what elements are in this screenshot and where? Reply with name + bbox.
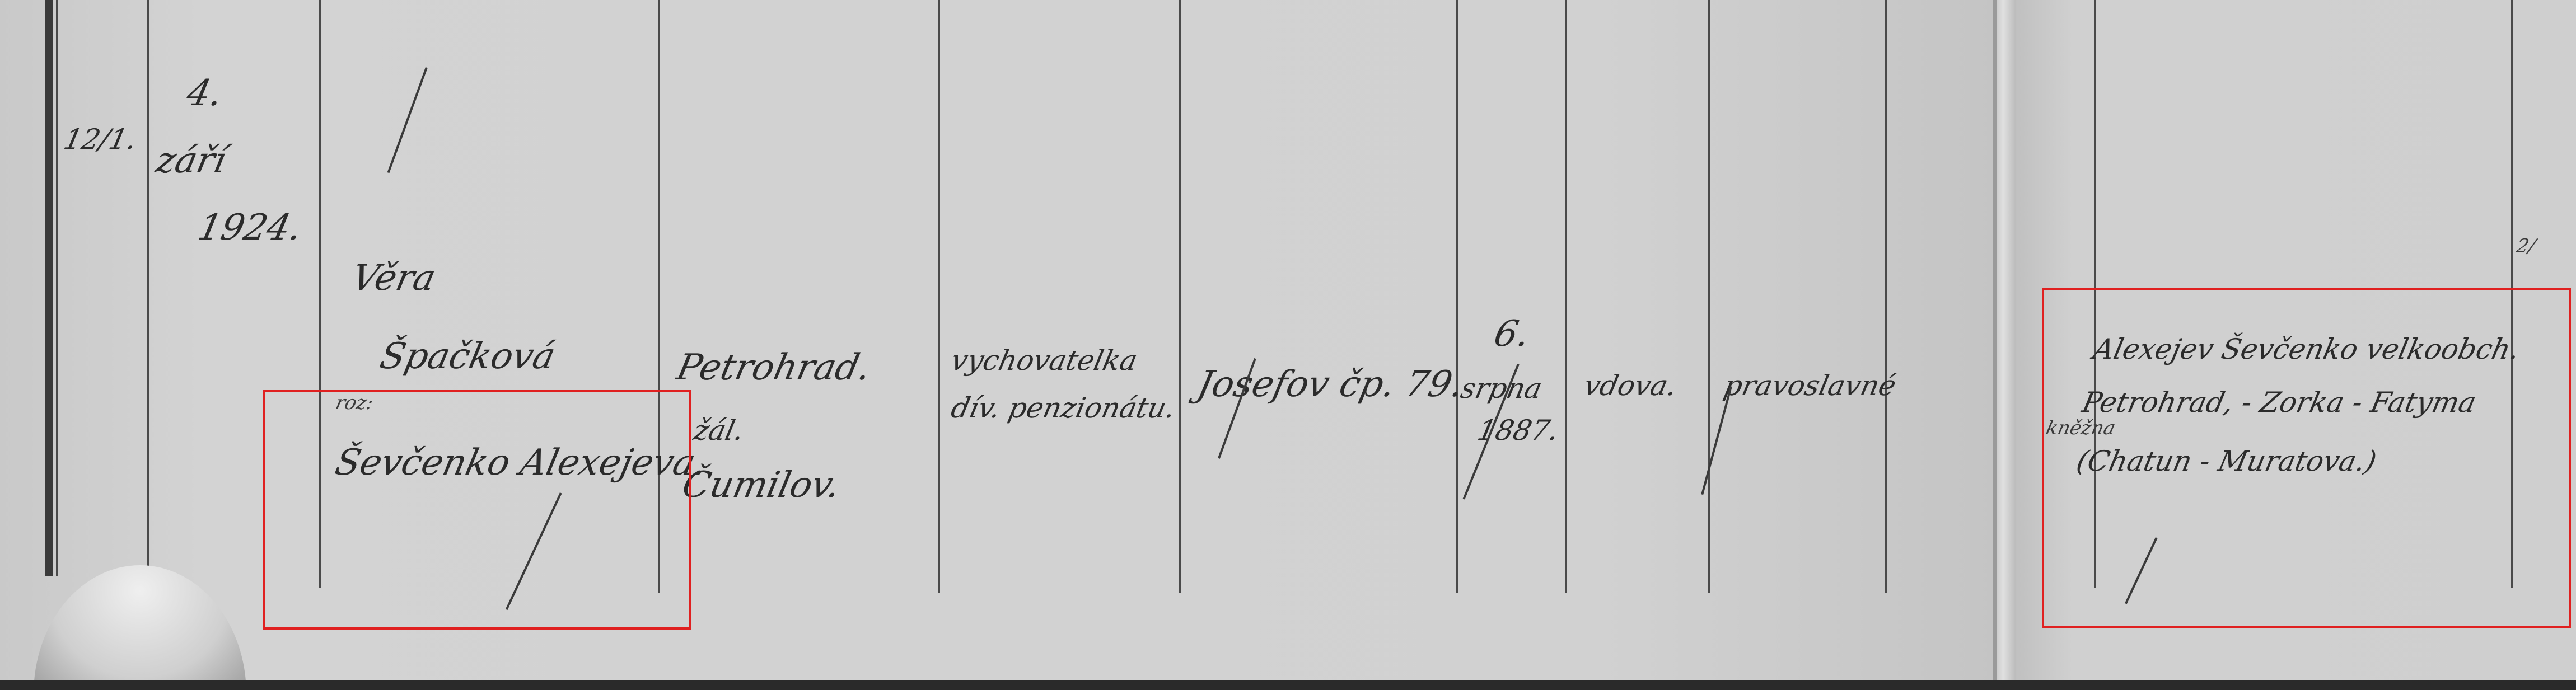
column-rule [56,0,58,576]
occupation-line2: dív. penzionátu. [948,392,1179,424]
birthplace-line2: žál. [691,414,747,447]
book-bottom-edge [0,680,2576,690]
birthplace-line1: Petrohrad. [673,347,875,388]
column-rule [938,0,940,593]
column-rule [147,0,149,582]
column-rule [45,0,53,576]
occupation-line1: vychovatelka [948,344,1140,377]
book-gutter [1993,0,2016,680]
column-rule [1456,0,1458,593]
birth-month: srpna [1458,372,1545,405]
date-month: září [152,140,230,181]
entry-number: 12/1. [61,123,140,156]
page-edge-rule [1993,0,1997,680]
column-rule [1179,0,1181,593]
highlight-box-parents-note [2042,288,2571,628]
column-rule [1565,0,1567,593]
marital-status: vdova. [1581,369,1680,402]
given-name: Věra [348,257,440,299]
religion: pravoslavné [1721,369,1899,402]
column-rule [1885,0,1887,593]
address: Josefov čp. 79. [1194,364,1467,405]
column-rule [1708,0,1710,593]
birthplace-line3: Čumilov. [679,464,844,506]
highlight-box-birth-name [263,390,691,630]
surname: Špačková [376,336,559,377]
date-year: 1924. [194,207,306,248]
